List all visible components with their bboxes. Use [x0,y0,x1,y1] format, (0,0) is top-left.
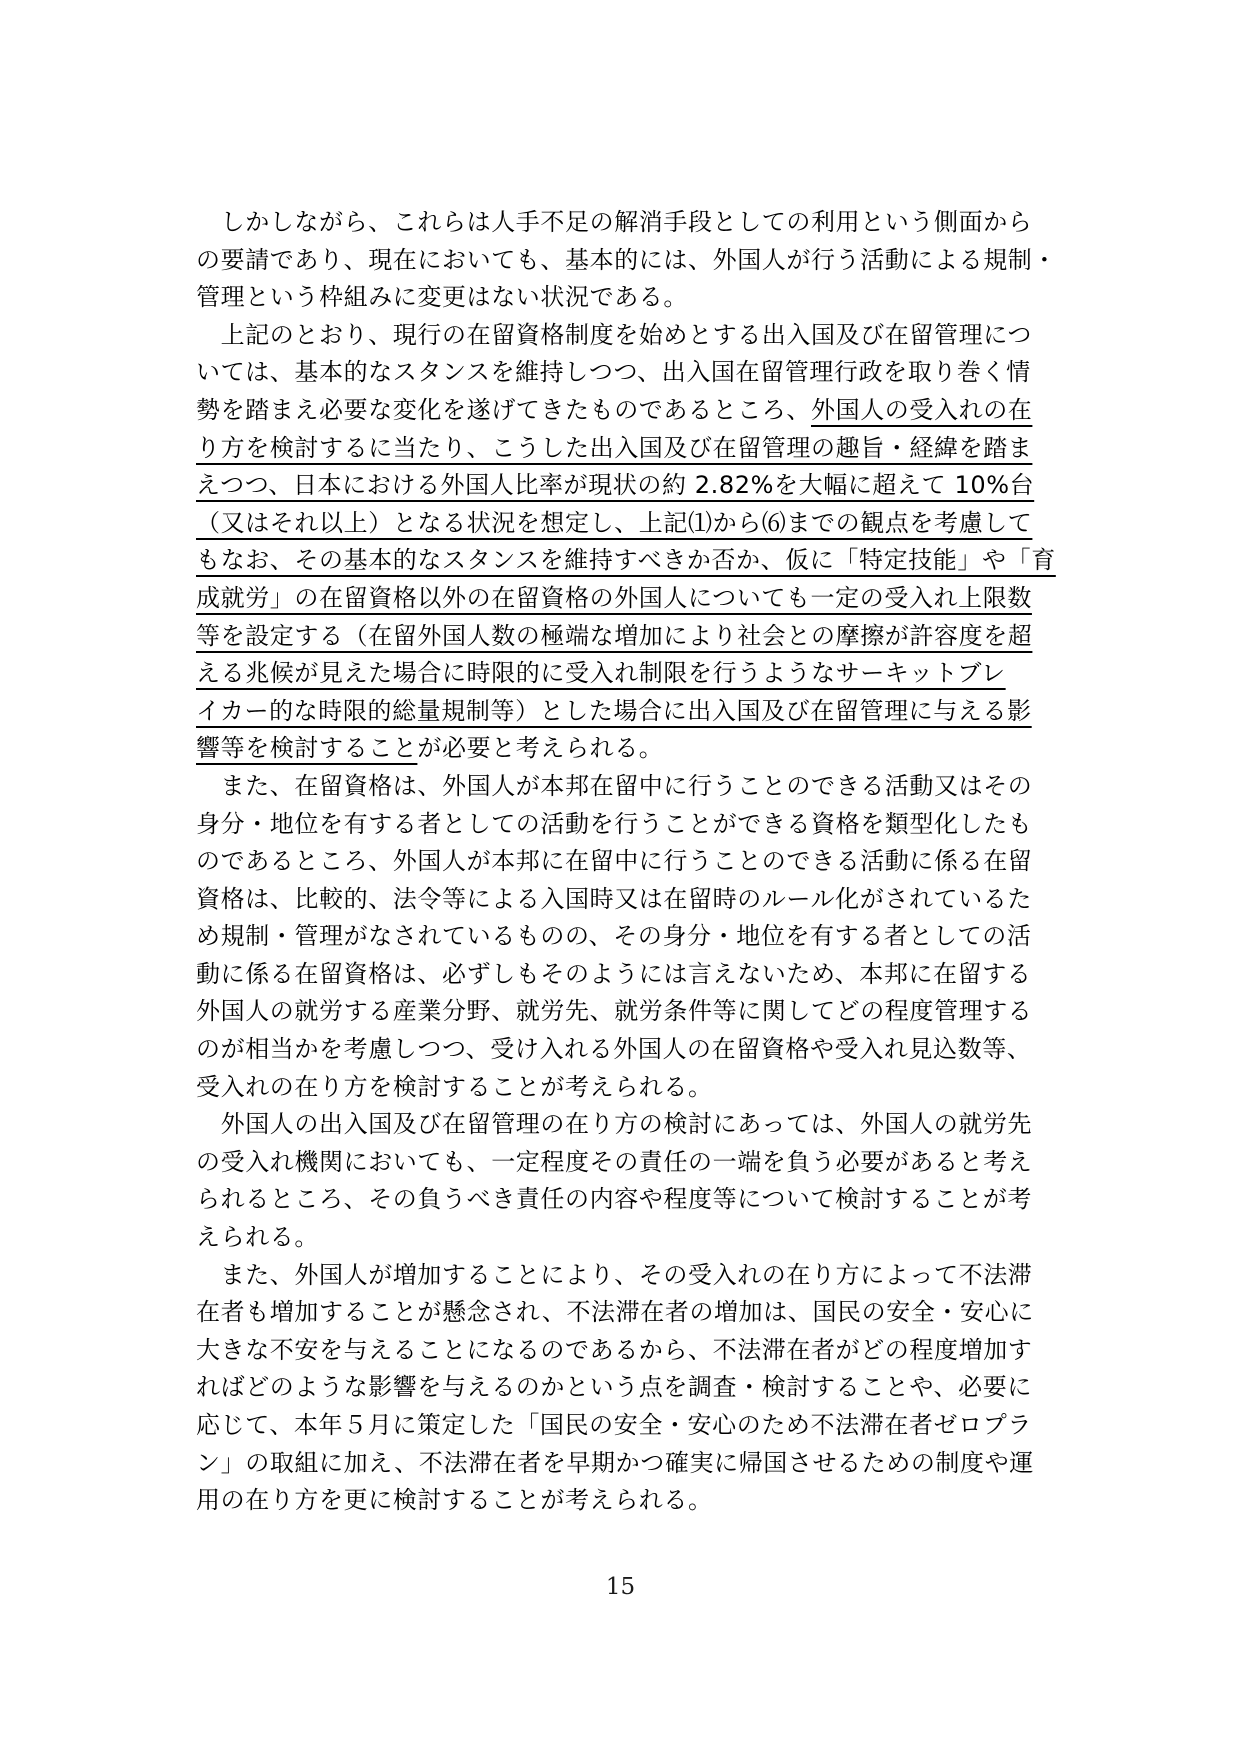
text-line: また、外国人が増加することにより、その受入れの在り方によって不法滞 [196,1257,1096,1295]
body-text: 身分・地位を有する者としての活動を行うことができる資格を類型化したも [196,810,1032,838]
text-line: （又はそれ以上）となる状況を想定し、上記⑴から⑹までの観点を考慮して [196,505,1096,543]
text-line: り方を検討するに当たり、こうした出入国及び在留管理の趣旨・経緯を踏ま [196,430,1096,468]
text-line: ればどのような影響を与えるのかという点を調査・検討することや、必要に [196,1369,1096,1407]
text-line: 管理という枠組みに変更はない状況である。 [196,279,1096,317]
underlined-text: 成就労」の在留資格以外の在留資格の外国人についても一定の受入れ上限数 [196,584,1032,612]
body-text: 管理という枠組みに変更はない状況である。 [196,283,688,311]
underlined-text: 外国人の受入れの在 [811,396,1032,424]
underlined-text: 響等を検討すること [196,734,417,762]
body-text: のであるところ、外国人が本邦に在留中に行うことのできる活動に係る在留 [196,847,1032,875]
text-line: の受入れ機関においても、一定程度その責任の一端を負う必要があると考え [196,1144,1096,1182]
text-line: 動に係る在留資格は、必ずしもそのようには言えないため、本邦に在留する [196,956,1096,994]
underlined-text: える兆候が見えた場合に時限的に受入れ制限を行うようなサーキットブレ [196,659,1006,687]
underlined-text: り方を検討するに当たり、こうした出入国及び在留管理の趣旨・経緯を踏ま [196,434,1032,462]
document-page: しかしながら、これらは人手不足の解消手段としての利用という側面からの要請であり、… [0,0,1241,1754]
body-text: ン」の取組に加え、不法滞在者を早期かつ確実に帰国させるための制度や運 [196,1449,1034,1477]
text-line: 受入れの在り方を検討することが考えられる。 [196,1069,1096,1107]
text-line: 応じて、本年５月に策定した「国民の安全・安心のため不法滞在者ゼロプラ [196,1407,1096,1445]
text-line: 用の在り方を更に検討することが考えられる。 [196,1482,1096,1520]
body-text: 受入れの在り方を検討することが考えられる。 [196,1073,713,1101]
text-line: 成就労」の在留資格以外の在留資格の外国人についても一定の受入れ上限数 [196,580,1096,618]
text-line: 等を設定する（在留外国人数の極端な増加により社会との摩擦が許容度を超 [196,618,1096,656]
text-line: もなお、その基本的なスタンスを維持すべきか否か、仮に「特定技能」や「育 [196,542,1096,580]
text-line: のであるところ、外国人が本邦に在留中に行うことのできる活動に係る在留 [196,843,1096,881]
text-line: えつつ、日本における外国人比率が現状の約 2.82%を大幅に超えて 10%台 [196,467,1096,505]
text-line: イカー的な時限的総量規制等）とした場合に出入国及び在留管理に与える影 [196,693,1096,731]
text-line: のが相当かを考慮しつつ、受け入れる外国人の在留資格や受入れ見込数等、 [196,1031,1096,1069]
body-text: しかしながら、これらは人手不足の解消手段としての利用という側面から [196,208,1032,236]
text-line: 響等を検討することが必要と考えられる。 [196,730,1096,768]
body-text: 外国人の就労する産業分野、就労先、就労条件等に関してどの程度管理する [196,997,1032,1025]
body-text: えられる。 [196,1223,319,1251]
text-line: える兆候が見えた場合に時限的に受入れ制限を行うようなサーキットブレ [196,655,1096,693]
text-line: また、在留資格は、外国人が本邦在留中に行うことのできる活動又はその [196,768,1096,806]
page-number: 15 [0,1572,1241,1602]
text-line: 勢を踏まえ必要な変化を遂げてきたものであるところ、外国人の受入れの在 [196,392,1096,430]
underlined-text: 等を設定する（在留外国人数の極端な増加により社会との摩擦が許容度を超 [196,622,1032,650]
text-line: 在者も増加することが懸念され、不法滞在者の増加は、国民の安全・安心に [196,1294,1096,1332]
text-line: の要請であり、現在においても、基本的には、外国人が行う活動による規制・ [196,242,1096,280]
body-text: られるところ、その負うべき責任の内容や程度等について検討することが考 [196,1185,1032,1213]
body-text: の受入れ機関においても、一定程度その責任の一端を負う必要があると考え [196,1148,1032,1176]
underlined-text: もなお、その基本的なスタンスを維持すべきか否か、仮に「特定技能」や「育 [196,546,1056,574]
text-line: いては、基本的なスタンスを維持しつつ、出入国在留管理行政を取り巻く情 [196,354,1096,392]
body-text: 勢を踏まえ必要な変化を遂げてきたものであるところ、 [196,396,811,424]
body-text: め規制・管理がなされているものの、その身分・地位を有する者としての活 [196,922,1031,950]
body-text-block: しかしながら、これらは人手不足の解消手段としての利用という側面からの要請であり、… [196,204,1096,1520]
underlined-text: （又はそれ以上）となる状況を想定し、上記⑴から⑹までの観点を考慮して [196,509,1032,537]
body-text: 動に係る在留資格は、必ずしもそのようには言えないため、本邦に在留する [196,960,1031,988]
body-text: 大きな不安を与えることになるのであるから、不法滞在者がどの程度増加す [196,1336,1032,1364]
body-text: 応じて、本年５月に策定した「国民の安全・安心のため不法滞在者ゼロプラ [196,1411,1032,1439]
underlined-text: イカー的な時限的総量規制等）とした場合に出入国及び在留管理に与える影 [196,697,1032,725]
text-line: め規制・管理がなされているものの、その身分・地位を有する者としての活 [196,918,1096,956]
body-text: また、外国人が増加することにより、その受入れの在り方によって不法滞 [196,1261,1032,1289]
text-line: 外国人の就労する産業分野、就労先、就労条件等に関してどの程度管理する [196,993,1096,1031]
text-line: 身分・地位を有する者としての活動を行うことができる資格を類型化したも [196,806,1096,844]
text-line: えられる。 [196,1219,1096,1257]
body-text: 外国人の出入国及び在留管理の在り方の検討にあっては、外国人の就労先 [196,1110,1032,1138]
text-line: 上記のとおり、現行の在留資格制度を始めとする出入国及び在留管理につ [196,317,1096,355]
body-text: 上記のとおり、現行の在留資格制度を始めとする出入国及び在留管理につ [196,321,1032,349]
body-text: いては、基本的なスタンスを維持しつつ、出入国在留管理行政を取り巻く情 [196,358,1031,386]
text-line: 資格は、比較的、法令等による入国時又は在留時のルール化がされているた [196,881,1096,919]
underlined-text: えつつ、日本における外国人比率が現状の約 2.82%を大幅に超えて 10%台 [196,471,1034,499]
body-text: ればどのような影響を与えるのかという点を調査・検討することや、必要に [196,1373,1032,1401]
text-line: 外国人の出入国及び在留管理の在り方の検討にあっては、外国人の就労先 [196,1106,1096,1144]
text-line: ン」の取組に加え、不法滞在者を早期かつ確実に帰国させるための制度や運 [196,1445,1096,1483]
body-text: 資格は、比較的、法令等による入国時又は在留時のルール化がされているた [196,885,1032,913]
body-text: 在者も増加することが懸念され、不法滞在者の増加は、国民の安全・安心に [196,1298,1034,1326]
body-text: また、在留資格は、外国人が本邦在留中に行うことのできる活動又はその [196,772,1032,800]
body-text: が必要と考えられる。 [417,734,663,762]
text-line: しかしながら、これらは人手不足の解消手段としての利用という側面から [196,204,1096,242]
text-line: 大きな不安を与えることになるのであるから、不法滞在者がどの程度増加す [196,1332,1096,1370]
body-text: のが相当かを考慮しつつ、受け入れる外国人の在留資格や受入れ見込数等、 [196,1035,1031,1063]
body-text: の要請であり、現在においても、基本的には、外国人が行う活動による規制・ [196,246,1057,274]
text-line: られるところ、その負うべき責任の内容や程度等について検討することが考 [196,1181,1096,1219]
body-text: 用の在り方を更に検討することが考えられる。 [196,1486,713,1514]
